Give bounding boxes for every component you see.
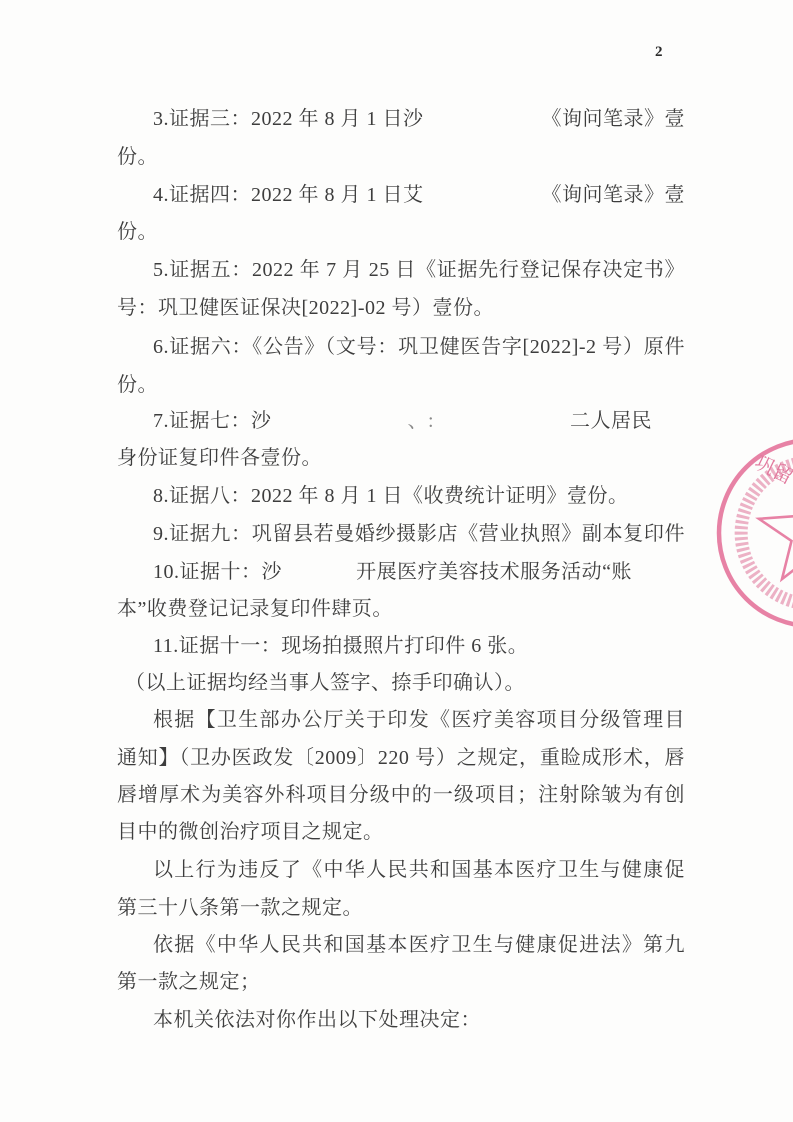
doc-line-evidence-5: 5.证据五：2022 年 7 月 25 日《证据先行登记保存决定书》（文 xyxy=(117,255,685,287)
evidence-3-prefix: 3.证据三：2022 年 8 月 1 日沙 xyxy=(153,104,424,136)
evidence-7-redaction-marks: 、: xyxy=(407,406,434,438)
doc-line-continuation: 份。 xyxy=(117,142,685,174)
doc-line-continuation: 本”收费登记记录复印件肆页。 xyxy=(117,594,685,626)
doc-line-evidence-3: 3.证据三：2022 年 8 月 1 日沙 《询问笔录》壹 xyxy=(117,104,685,136)
doc-line-basis-1: 依据《中华人民共和国基本医疗卫生与健康促进法》第九十九条 xyxy=(117,930,685,962)
doc-line-regulation-3: 唇增厚术为美容外科项目分级中的一级项目；注射除皱为有创治疗项 xyxy=(117,780,685,812)
doc-line-continuation: 份。 xyxy=(117,217,685,249)
doc-line-confirmation-note: （以上证据均经当事人签字、捺手印确认）。 xyxy=(117,668,693,700)
evidence-7-prefix: 7.证据七：沙 xyxy=(153,406,272,438)
evidence-4-prefix: 4.证据四：2022 年 8 月 1 日艾 xyxy=(153,180,424,212)
doc-line-evidence-11: 11.证据十一：现场拍摄照片打印件 6 张。 xyxy=(117,631,685,663)
doc-line-violation-1: 以上行为违反了《中华人民共和国基本医疗卫生与健康促进法》 xyxy=(117,855,685,887)
star-icon xyxy=(759,478,793,579)
doc-line-evidence-7: 7.证据七：沙 、: 二人居民 xyxy=(117,406,652,438)
evidence-10-prefix: 10.证据十：沙 xyxy=(153,557,282,589)
doc-line-basis-2: 第一款之规定； xyxy=(117,967,685,999)
doc-line-evidence-8: 8.证据八：2022 年 8 月 1 日《收费统计证明》壹份。 xyxy=(117,481,685,513)
doc-line-evidence-9: 9.证据九：巩留县若曼婚纱摄影店《营业执照》副本复印件壹份。 xyxy=(117,519,685,551)
evidence-7-suffix: 二人居民 xyxy=(570,406,652,438)
document-page: 2 3.证据三：2022 年 8 月 1 日沙 《询问笔录》壹 份。 4.证据四… xyxy=(0,0,793,1122)
page-number: 2 xyxy=(655,44,663,61)
doc-line-regulation-1: 根据【卫生部办公厅关于印发《医疗美容项目分级管理目录》的 xyxy=(117,705,685,737)
official-seal-stamp: 巩留 xyxy=(705,433,793,638)
evidence-4-suffix: 《询问笔录》壹 xyxy=(542,180,686,212)
evidence-10-suffix: 开展医疗美容技术服务活动“账 xyxy=(356,557,632,589)
doc-line-decision-intro: 本机关依法对你作出以下处理决定： xyxy=(117,1005,685,1037)
doc-line-continuation: 份。 xyxy=(117,370,685,402)
doc-line-regulation-4: 目中的微创治疗项目之规定。 xyxy=(117,817,685,849)
doc-line-evidence-10: 10.证据十：沙 开展医疗美容技术服务活动“账 xyxy=(117,557,632,589)
doc-line-violation-2: 第三十八条第一款之规定。 xyxy=(117,893,685,925)
doc-line-continuation: 号：巩卫健医证保决[2022]-02 号）壹份。 xyxy=(117,293,685,325)
doc-line-evidence-4: 4.证据四：2022 年 8 月 1 日艾 《询问笔录》壹 xyxy=(117,180,685,212)
doc-line-evidence-6: 6.证据六：《公告》（文号：巩卫健医告字[2022]-2 号）原件壹 xyxy=(117,332,685,364)
doc-line-continuation: 身份证复印件各壹份。 xyxy=(117,443,685,475)
evidence-3-suffix: 《询问笔录》壹 xyxy=(542,104,686,136)
doc-line-regulation-2: 通知】（卫办医政发〔2009〕220 号）之规定，重睑成形术，唇峰、薄 xyxy=(117,743,685,775)
